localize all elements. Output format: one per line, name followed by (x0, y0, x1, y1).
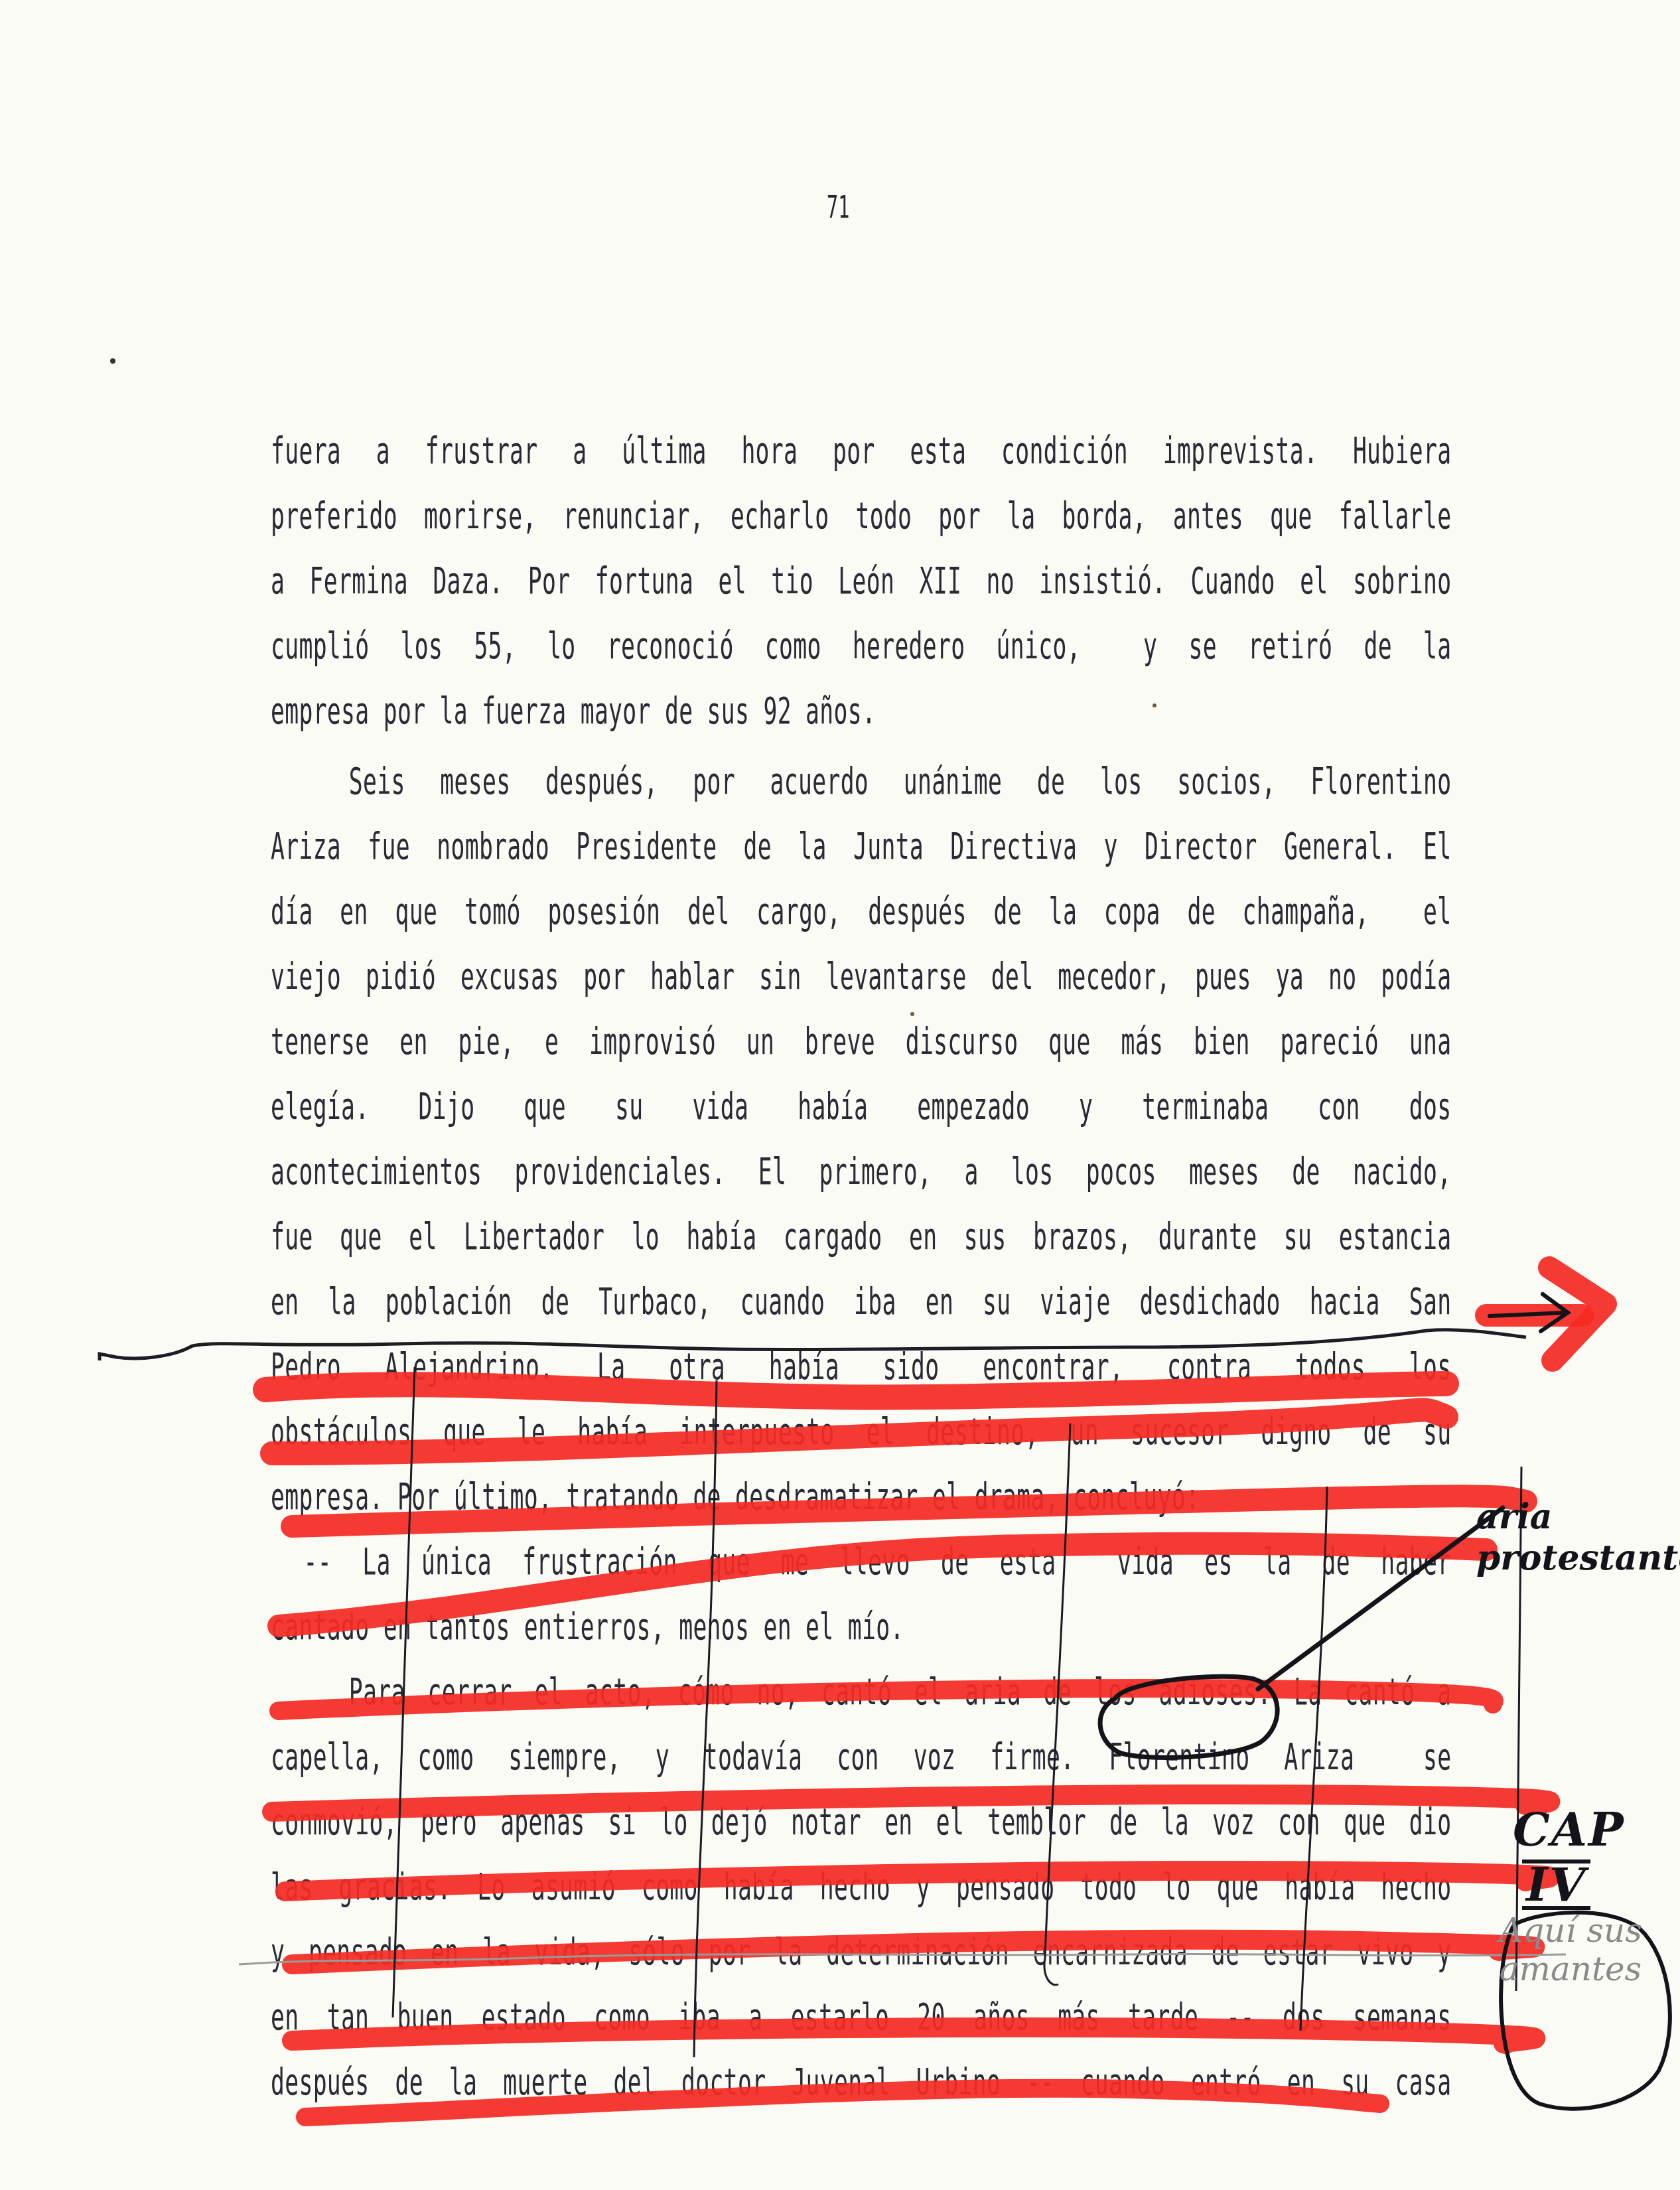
text-line: Para cerrar el acto, cómo no, cantó el a… (271, 1672, 1451, 1712)
pointer-line (1258, 1508, 1503, 1689)
text-line: cantado en tantos entierros, menos en el… (271, 1607, 1451, 1647)
text-line: en tan buen estado como iba a estarlo 20… (271, 1998, 1451, 2037)
text-line: a Fermina Daza. Por fortuna el tio León … (271, 561, 1451, 601)
margin-note-aria-text: aria protestante (1476, 1497, 1680, 1578)
text-line: capella, como siempre, y todavía con voz… (271, 1737, 1451, 1777)
margin-note-pencil-text: Aquí sus amantes (1499, 1911, 1642, 1988)
margin-note-chapter: CAPIV (1513, 1802, 1680, 1912)
text-line: viejo pidió excusas por hablar sin levan… (271, 957, 1451, 997)
chapter-number: IV (1522, 1860, 1590, 1910)
stray-dot (110, 358, 115, 364)
text-line: día en que tomó posesión del cargo, desp… (271, 892, 1451, 932)
text-line: elegía. Dijo que su vida había empezado … (271, 1087, 1451, 1127)
text-line: acontecimientos providenciales. El prime… (271, 1152, 1451, 1192)
text-line: Seis meses después, por acuerdo unánime … (271, 762, 1451, 802)
chapter-label: CAP (1513, 1802, 1625, 1857)
text-line: tenerse en pie, e improvisó un breve dis… (271, 1022, 1451, 1062)
text-line: -- La única frustración que me llevo de … (271, 1542, 1451, 1582)
stray-dot (910, 1012, 914, 1016)
text-line: fuera a frustrar a última hora por esta … (271, 431, 1451, 471)
text-line: obstáculos que le había interpuesto el d… (271, 1412, 1451, 1452)
text-line: cumplió los 55, lo reconoció como herede… (271, 626, 1451, 666)
text-line: Pedro Alejandrino. La otra había sido en… (271, 1347, 1451, 1387)
margin-note-aria: aria protestante (1476, 1497, 1675, 1579)
pen-arrow-icon (1490, 1294, 1568, 1331)
text-line: empresa. Por último, tratando de desdram… (271, 1477, 1451, 1517)
text-line: Ariza fue nombrado Presidente de la Junt… (271, 827, 1451, 867)
text-line: después de la muerte del doctor Juvenal … (271, 2063, 1451, 2102)
page-number: 71 (827, 189, 849, 225)
text-line: en la población de Turbaco, cuando iba e… (271, 1282, 1451, 1322)
text-line: conmovió, pero apenas si lo dejó notar e… (271, 1802, 1451, 1842)
manuscript-page: 71 fuera a frustrar a última hora por es… (0, 0, 1680, 2190)
text-line: fue que el Libertador lo había cargado e… (271, 1217, 1451, 1257)
text-line: empresa por la fuerza mayor de sus 92 añ… (271, 692, 1451, 731)
text-line: las gracias. Lo asumió como había hecho … (271, 1867, 1451, 1907)
text-line: y pensado en la vida, sólo por la determ… (271, 1933, 1451, 1972)
margin-note-pencil: Aquí sus amantes (1481, 1911, 1660, 1988)
text-line: preferido morirse, renunciar, echarlo to… (271, 496, 1451, 536)
